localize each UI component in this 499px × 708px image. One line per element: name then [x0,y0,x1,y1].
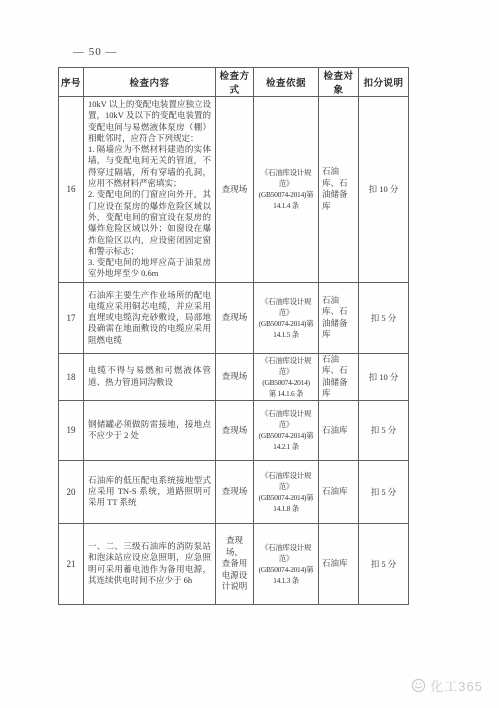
table-row: 18 电缆不得与易燃和可燃液体管道、热力管道同沟敷设 查现场 《石油库设计规范》… [59,353,409,400]
inspection-object-cell: 石油库 [319,400,359,460]
inspection-basis-cell: 《石油库设计规范》 (GB50074-2014) 第 14.1.6 条 [254,353,319,400]
inspection-basis-cell: 《石油库设计规范》 (GB50074-2014)第 14.1.8 条 [254,460,319,523]
watermark-text: 化工365 [430,676,483,695]
inspection-content-cell: 石油库主要生产作业场所的配电电缆应采用铜芯电缆，并应采用直埋或电缆沟充砂敷设，局… [84,282,216,353]
watermark: 化工365 [411,676,483,695]
header-inspection-basis: 检查依据 [254,68,319,97]
inspection-basis-cell: 《石油库设计规范》 (GB50074-2014)第 14.1.5 条 [254,282,319,353]
serial-number-cell: 16 [59,97,84,283]
deduction-cell: 扣 10 分 [359,97,409,283]
table-header-row: 序号 检查内容 检查方式 检查依据 检查对象 扣分说明 [59,68,409,97]
inspection-content-cell: 石油库的低压配电系统接地型式应采用 TN-S 系统，道路照明可采用 TT 系统 [84,460,216,523]
deduction-cell: 扣 10 分 [359,353,409,400]
inspection-object-cell: 石油库 [319,460,359,523]
inspection-object-cell: 石油库、石油储备库 [319,282,359,353]
inspection-object-cell: 石油库、石油储备库 [319,353,359,400]
deduction-cell: 扣 5 分 [359,400,409,460]
table-row: 21 一、二、三级石油库的消防泵站和泡沫站应设应急照明，应急照明可采用蓄电池作为… [59,523,409,604]
inspection-method-cell: 查现场 [216,353,254,400]
deduction-cell: 扣 5 分 [359,460,409,523]
page-number: — 50 — [73,46,118,58]
inspection-content-cell: 电缆不得与易燃和可燃液体管道、热力管道同沟敷设 [84,353,216,400]
header-inspection-method: 检查方式 [216,68,254,97]
serial-number-cell: 20 [59,460,84,523]
inspection-content-cell: 钢储罐必须做防雷接地，接地点不应少于 2 处 [84,400,216,460]
inspection-table: 序号 检查内容 检查方式 检查依据 检查对象 扣分说明 16 10kV 以上的变… [58,67,409,605]
table-row: 17 石油库主要生产作业场所的配电电缆应采用铜芯电缆，并应采用直埋或电缆沟充砂敷… [59,282,409,353]
document-page: — 50 — 序号 检查内容 检查方式 检查依据 检查对象 扣分说明 16 10… [0,0,499,708]
table-row: 16 10kV 以上的变配电装置应独立设置，10kV 及以下的变配电装置的变配电… [59,97,409,283]
serial-number-cell: 17 [59,282,84,353]
inspection-object-cell: 石油库 [319,523,359,604]
header-serial-number: 序号 [59,68,84,97]
chemical365-logo-icon [411,678,426,693]
inspection-method-cell: 查现场， 查备用电源设计说明 [216,523,254,604]
inspection-method-cell: 查现场 [216,460,254,523]
inspection-basis-cell: 《石油库设计规范》 (GB50074-2014)第 14.1.3 条 [254,523,319,604]
deduction-cell: 扣 5 分 [359,282,409,353]
header-inspection-object: 检查对象 [319,68,359,97]
inspection-method-cell: 查现场 [216,97,254,283]
table-row: 19 钢储罐必须做防雷接地，接地点不应少于 2 处 查现场 《石油库设计规范》 … [59,400,409,460]
header-deduction-note: 扣分说明 [359,68,409,97]
inspection-object-cell: 石油库、石油储备库 [319,97,359,283]
deduction-cell: 扣 5 分 [359,523,409,604]
inspection-method-cell: 查现场 [216,282,254,353]
inspection-basis-cell: 《石油库设计规范》 (GB50074-2014)第 14.1.4 条 [254,97,319,283]
header-inspection-content: 检查内容 [84,68,216,97]
inspection-content-cell: 一、二、三级石油库的消防泵站和泡沫站应设应急照明，应急照明可采用蓄电池作为备用电… [84,523,216,604]
inspection-basis-cell: 《石油库设计规范》 (GB50074-2014)第 14.2.1 条 [254,400,319,460]
serial-number-cell: 19 [59,400,84,460]
inspection-method-cell: 查现场 [216,400,254,460]
serial-number-cell: 18 [59,353,84,400]
inspection-content-cell: 10kV 以上的变配电装置应独立设置，10kV 及以下的变配电装置的变配电间与易… [84,97,216,283]
table-row: 20 石油库的低压配电系统接地型式应采用 TN-S 系统，道路照明可采用 TT … [59,460,409,523]
serial-number-cell: 21 [59,523,84,604]
